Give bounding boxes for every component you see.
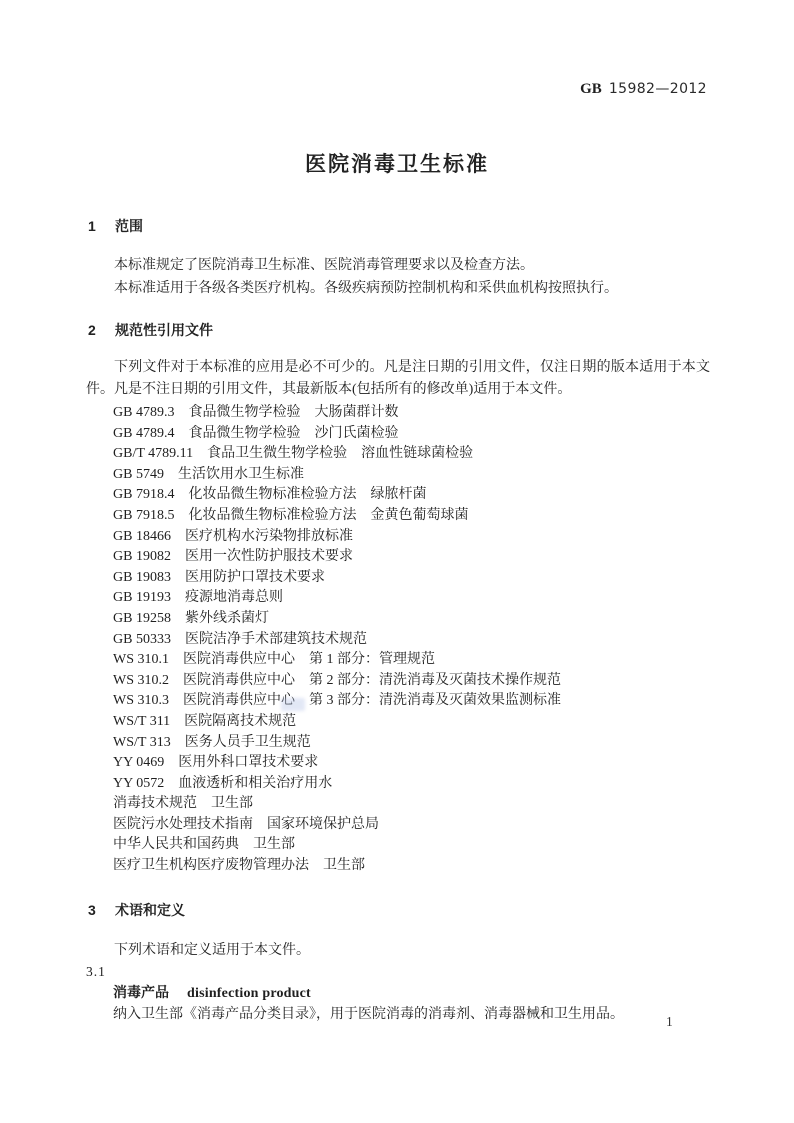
reference-item: GB 4789.4 食品微生物学检验 沙门氏菌检验 xyxy=(86,424,710,445)
section-3-title: 术语和定义 xyxy=(115,902,185,918)
reference-item: YY 0572 血液透析和相关治疗用水 xyxy=(86,774,710,795)
standard-code-number: 15982—2012 xyxy=(609,81,707,97)
standard-code-prefix: GB xyxy=(580,81,602,97)
reference-item: GB 19193 疫源地消毒总则 xyxy=(86,588,710,609)
reference-item: GB/T 4789.11 食品卫生微生物学检验 溶血性链球菌检验 xyxy=(86,444,710,465)
term-entry: 消毒产品disinfection product xyxy=(86,984,710,1004)
section-1-title: 范围 xyxy=(115,218,143,234)
standard-code: GB15982—2012 xyxy=(580,81,707,98)
section-2-number: 2 xyxy=(86,320,115,340)
reference-item: 医疗卫生机构医疗废物管理办法 卫生部 xyxy=(86,856,710,877)
page-number: 1 xyxy=(666,1014,673,1030)
section-3-number: 3 xyxy=(86,900,115,920)
section-3-intro: 下列术语和定义适用于本文件。 xyxy=(86,940,710,962)
reference-item: GB 19083 医用防护口罩技术要求 xyxy=(86,568,710,589)
section-3-heading: 3术语和定义 xyxy=(86,900,710,920)
term-definition: 纳入卫生部《消毒产品分类目录》，用于医院消毒的消毒剂、消毒器械和卫生用品。 xyxy=(86,1004,710,1025)
reference-item: 中华人民共和国药典 卫生部 xyxy=(86,835,710,856)
reference-item: GB 50333 医院洁净手术部建筑技术规范 xyxy=(86,630,710,651)
reference-item: GB 4789.3 食品微生物学检验 大肠菌群计数 xyxy=(86,403,710,424)
reference-item: GB 7918.4 化妆品微生物标准检验方法 绿脓杆菌 xyxy=(86,485,710,506)
reference-item: WS 310.3 医院消毒供应中心 第 3 部分：清洗消毒及灭菌效果监测标准 xyxy=(86,691,710,712)
reference-item: 医院污水处理技术指南 国家环境保护总局 xyxy=(86,815,710,836)
section-2-title: 规范性引用文件 xyxy=(115,322,213,338)
section-2-intro: 下列文件对于本标准的应用是必不可少的。凡是注日期的引用文件，仅注日期的版本适用于… xyxy=(86,357,710,401)
clause-number: 3.1 xyxy=(86,962,710,982)
reference-item: GB 7918.5 化妆品微生物标准检验方法 金黄色葡萄球菌 xyxy=(86,506,710,527)
scan-artifact xyxy=(281,698,305,711)
reference-item: WS 310.2 医院消毒供应中心 第 2 部分：清洗消毒及灭菌技术操作规范 xyxy=(86,671,710,692)
document-body: 1范围 本标准规定了医院消毒卫生标准、医院消毒管理要求以及检查方法。 本标准适用… xyxy=(86,210,710,1025)
reference-item: GB 19258 紫外线杀菌灯 xyxy=(86,609,710,630)
reference-item: YY 0469 医用外科口罩技术要求 xyxy=(86,753,710,774)
reference-item: GB 18466 医疗机构水污染物排放标准 xyxy=(86,527,710,548)
term-english: disinfection product xyxy=(187,986,311,1001)
reference-item: 消毒技术规范 卫生部 xyxy=(86,794,710,815)
section-1-paragraph: 本标准规定了医院消毒卫生标准、医院消毒管理要求以及检查方法。 xyxy=(86,254,710,277)
section-1-paragraph: 本标准适用于各级各类医疗机构。各级疾病预防控制机构和采供血机构按照执行。 xyxy=(86,277,710,300)
term-chinese: 消毒产品 xyxy=(113,986,169,1001)
reference-item: GB 19082 医用一次性防护服技术要求 xyxy=(86,547,710,568)
reference-item: GB 5749 生活饮用水卫生标准 xyxy=(86,465,710,486)
section-1-number: 1 xyxy=(86,216,115,236)
section-1-heading: 1范围 xyxy=(86,216,710,236)
reference-item: WS 310.1 医院消毒供应中心 第 1 部分：管理规范 xyxy=(86,650,710,671)
document-page: GB15982—2012 医院消毒卫生标准 1范围 本标准规定了医院消毒卫生标准… xyxy=(0,0,794,1123)
section-2-heading: 2规范性引用文件 xyxy=(86,320,710,340)
reference-item: WS/T 311 医院隔离技术规范 xyxy=(86,712,710,733)
reference-item: WS/T 313 医务人员手卫生规范 xyxy=(86,733,710,754)
reference-list: GB 4789.3 食品微生物学检验 大肠菌群计数 GB 4789.4 食品微生… xyxy=(86,403,710,877)
document-title: 医院消毒卫生标准 xyxy=(0,148,794,178)
